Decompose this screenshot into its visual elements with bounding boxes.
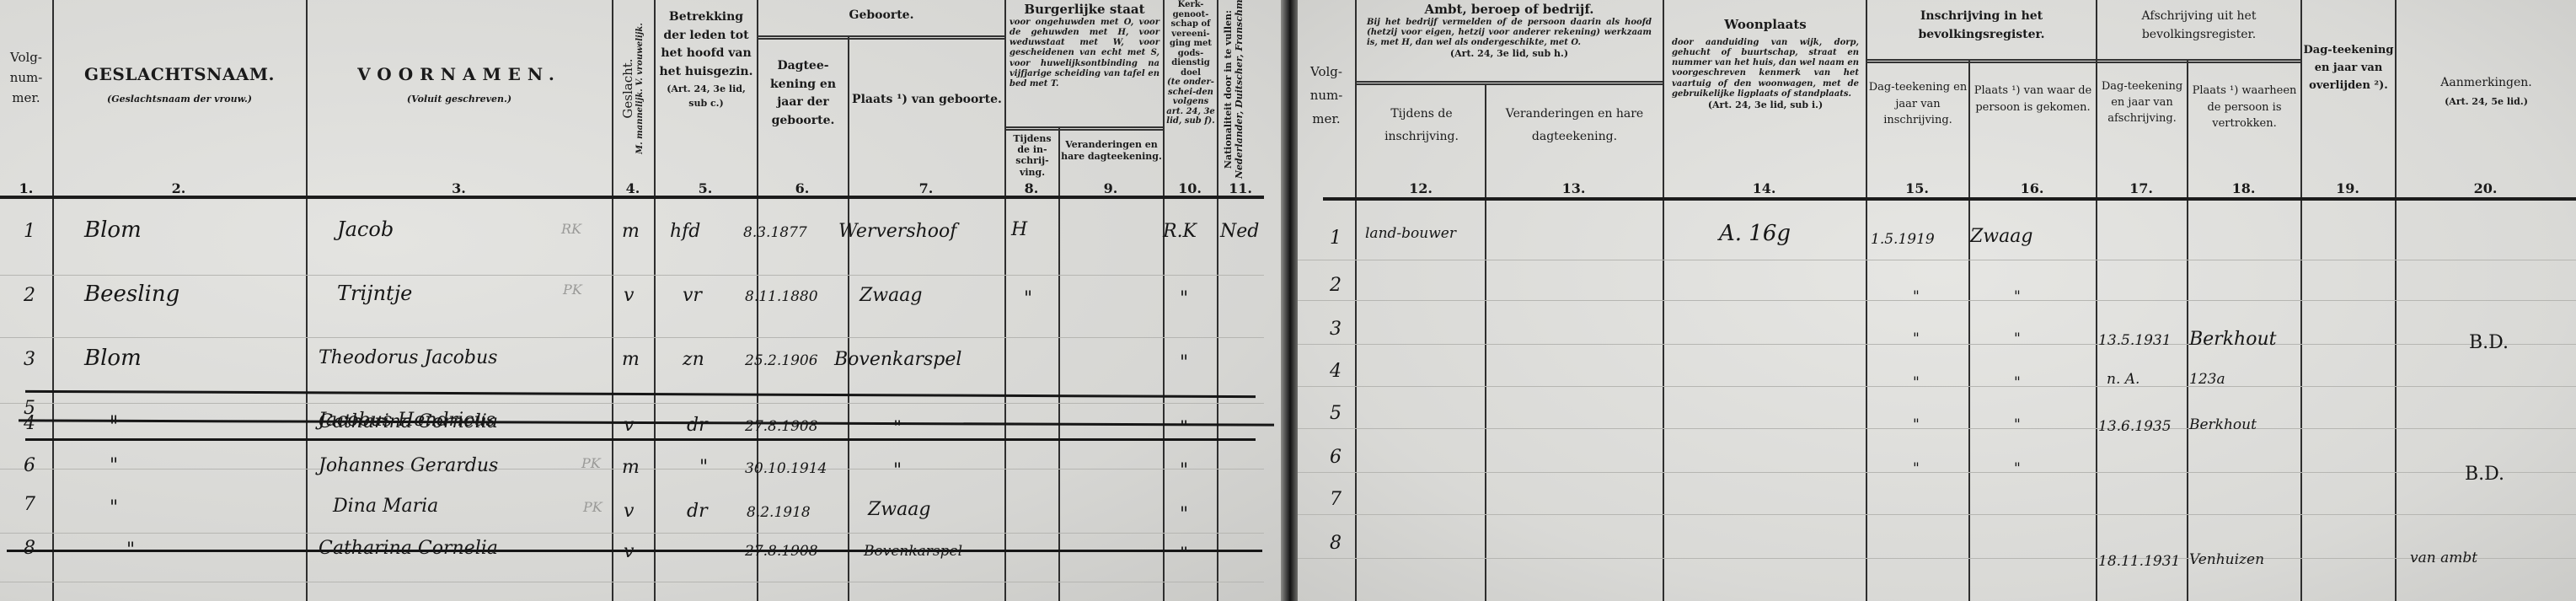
column-number: 20. (2395, 180, 2576, 196)
ditto-mark: " (1913, 330, 1920, 347)
column-number: 18. (2187, 180, 2300, 196)
row-geslacht: v (624, 415, 634, 436)
header-burgerlijke-staat: Burgerlijke staat voor ongehuwden met O,… (1006, 2, 1163, 89)
header-volgnummer: Volg- num- mer. (1298, 61, 1355, 131)
column-number: 17. (2096, 180, 2187, 196)
row-voornamen: Trijntje (337, 282, 412, 305)
row-volgnummer: 3 (1330, 319, 1342, 340)
header-inschrijving-plaats: Plaats ¹) van waar de persoon is gekomen… (1970, 83, 2096, 115)
column-number: 5. (654, 180, 757, 196)
ruled-line (1298, 472, 2576, 473)
column-number: 12. (1357, 180, 1485, 196)
ditto-mark: " (1913, 288, 1920, 305)
left-page: Volg- num- mer. GESLACHTSNAAM. (Geslacht… (0, 0, 1281, 601)
column-number: 6. (757, 180, 848, 196)
header-afschrijving-plaats: Plaats ¹) waarheen de persoon is vertrok… (2188, 83, 2300, 132)
row-betrekking: dr (687, 415, 708, 436)
row-volgnummer: 8 (1330, 533, 1342, 554)
ditto-mark: " (2014, 416, 2021, 433)
row-volgnummer: 7 (24, 494, 35, 515)
row-geslachtsnaam: " (110, 497, 118, 518)
burgerlijke-staat-group-divider (1006, 126, 1163, 131)
column-divider (1485, 84, 1486, 601)
header-beroep-veranderingen: Veranderingen en hare dagteekening. (1486, 103, 1663, 148)
row-kerk: " (1180, 352, 1188, 373)
row-betrekking: " (699, 457, 708, 478)
column-number: 2. (52, 180, 305, 196)
header-afschrijving-datum: Dag-teekening en jaar van afschrijving. (2097, 79, 2187, 127)
column-number: 19. (2300, 180, 2395, 196)
book-spine (1281, 0, 1298, 601)
row-geslacht: v (624, 501, 634, 522)
row-geboorteplaats: " (893, 460, 902, 481)
ruled-line (0, 533, 1264, 534)
row-volgnummer: 3 (24, 349, 35, 370)
row-geboorteplaats: Zwaag (868, 499, 930, 520)
row-volgnummer: 8 (24, 538, 35, 559)
header-overlijden: Dag-teekening en jaar van overlijden ²). (2302, 42, 2395, 94)
row-volgnummer: 1 (24, 221, 35, 242)
strike-through-line (7, 550, 1262, 552)
row-afschrijving-datum: n. A. (2107, 371, 2140, 388)
column-divider (654, 0, 656, 601)
column-number: 11. (1217, 180, 1264, 196)
header-geboorteplaats: Plaats ¹) van geboorte. (849, 89, 1004, 110)
row-geslachtsnaam: Blom (84, 217, 142, 243)
row-geslacht: m (622, 221, 640, 242)
row-voornamen: Johannes Gerardus (319, 455, 498, 476)
column-divider (1968, 61, 1970, 601)
row-pencil-mark: RK (561, 221, 581, 237)
row-geslacht: m (622, 457, 640, 478)
row-kerk: " (1180, 504, 1188, 525)
ruled-line (1298, 386, 2576, 387)
row-volgnummer: 5 (1330, 403, 1342, 424)
row-geboortedatum: 27.8.1908 (745, 418, 818, 435)
ruled-line (1298, 558, 2576, 559)
header-geslacht: Geslacht. M. mannelijk. V. vrouwelijk. (620, 4, 645, 173)
column-divider (1004, 0, 1006, 601)
row-geslacht: m (622, 349, 640, 370)
header-geboortedatum: Dagtee-kening en jaar der geboorte. (758, 57, 848, 131)
inschrijving-group-divider (1867, 59, 2096, 63)
column-divider (2187, 61, 2188, 601)
column-number: 13. (1485, 180, 1663, 196)
column-number: 9. (1058, 180, 1163, 196)
row-betrekking: dr (687, 501, 708, 522)
column-number: 3. (306, 180, 612, 196)
row-geslachtsnaam: " (110, 455, 118, 476)
row-afschrijving-datum: 18.11.1931 (2098, 553, 2180, 570)
row-voornamen: Theodorus Jacobus (319, 347, 497, 368)
row-afschrijving-plaats: Berkhout (2189, 329, 2276, 350)
header-ambt-group: Ambt, beroep of bedrijf. Bij het bedrijf… (1358, 2, 1660, 60)
row-afschrijving-datum: 13.6.1935 (2098, 418, 2172, 435)
ruled-line (1298, 428, 2576, 429)
header-aanmerkingen: Aanmerkingen. (Art. 24, 5e lid.) (2397, 76, 2576, 107)
header-kerkgenootschap: Kerk-genoot-schap of vereeni-ging met go… (1165, 0, 1217, 126)
ruled-line (1298, 514, 2576, 515)
ruled-line (1298, 344, 2576, 345)
header-inschrijving-group: Inschrijving in het bevolkingsregister. (1867, 7, 2096, 45)
afschrijving-group-divider (2097, 59, 2300, 63)
ruled-line (0, 337, 1264, 338)
row-geslachtsnaam: Beesling (84, 282, 179, 307)
row-kerk: " (1180, 545, 1188, 566)
row-nationaliteit: Ned (1220, 221, 1259, 242)
row-volgnummer: 2 (24, 285, 35, 306)
row-volgnummer: 6 (24, 455, 35, 476)
header-betrekking: Betrekking der leden tot het hoofd van h… (657, 8, 755, 110)
ditto-mark: " (1913, 460, 1920, 477)
row-geboortedatum: 8.2.1918 (747, 504, 811, 521)
row-voornamen: Catharina Cornelia (319, 538, 498, 559)
row-betrekking: hfd (670, 221, 700, 242)
header-voornamen: VOORNAMEN. (Voluit geschreven.) (308, 64, 611, 105)
ditto-mark: " (1913, 374, 1920, 391)
header-geboorte-group: Geboorte. (758, 8, 1004, 24)
geboorte-group-divider (757, 35, 1006, 40)
ditto-mark: " (2014, 460, 2021, 477)
row-geboortedatum: 8.3.1877 (743, 224, 807, 241)
header-geslachtsnaam: GESLACHTSNAAM. (Geslachtsnaam der vrouw.… (54, 64, 305, 105)
header-afschrijving-group: Afschrijving uit het bevolkingsregister. (2097, 7, 2300, 45)
header-rule (1323, 197, 2576, 201)
row-geboorteplaats: Bovenkarspel (834, 349, 961, 370)
column-number: 10. (1163, 180, 1217, 196)
row-pencil-mark: PK (581, 455, 601, 471)
row-kerk: R.K (1163, 221, 1197, 242)
ruled-line (0, 403, 1264, 404)
row-afschrijving-datum: 13.5.1931 (2098, 332, 2172, 349)
row-aanmerkingen: van ambt (2410, 550, 2477, 566)
ambt-group-divider (1357, 81, 1663, 85)
header-tijdens-inschrijving: Tijdens de in-schrij-ving. (1008, 133, 1057, 178)
row-geboorteplaats: Wervershoof (838, 221, 956, 242)
row-inschrijving-datum: 1.5.1919 (1871, 231, 1935, 248)
row-voornamen: Dina Maria (333, 496, 438, 517)
row-kerk: " (1180, 288, 1188, 309)
row-woonplaats: A. 16g (1719, 221, 1791, 246)
row-volgnummer: 4 (1330, 361, 1342, 382)
row-volgnummer: 2 (1330, 275, 1342, 296)
column-number: 1. (0, 180, 52, 196)
header-volgnummer: Volg- num- mer. (0, 47, 52, 108)
row-beroep: land-bouwer (1365, 226, 1458, 242)
strike-through-line (25, 438, 1256, 441)
ditto-mark: " (1913, 416, 1920, 433)
row-aanmerkingen: B.D. (2469, 332, 2509, 353)
row-kerk: " (1180, 460, 1188, 481)
column-number: 4. (612, 180, 654, 196)
ruled-line (1298, 300, 2576, 301)
row-afschrijving-plaats: Berkhout (2189, 416, 2257, 433)
row-geboorteplaats: Zwaag (860, 285, 922, 306)
row-betrekking: vr (683, 285, 702, 306)
header-woonplaats: Woonplaats door aanduiding van wijk, dor… (1665, 17, 1866, 111)
column-divider (612, 0, 613, 601)
column-number: 15. (1866, 180, 1968, 196)
row-geboorteplaats: " (893, 418, 902, 439)
column-number: 16. (1968, 180, 2096, 196)
row-betrekking: zn (683, 349, 704, 370)
strike-through-line (25, 390, 1256, 398)
row-inschrijving-plaats: Zwaag (1970, 226, 2032, 247)
row-pencil-mark: PK (583, 499, 602, 515)
row-aanmerkingen: B.D. (2465, 464, 2504, 485)
row-burgerlijke-staat: " (1024, 288, 1032, 309)
header-beroep-tijdens: Tijdens de inschrijving. (1358, 103, 1485, 148)
ditto-mark: " (2014, 288, 2021, 305)
column-number: 8. (1004, 180, 1058, 196)
header-inschrijving-datum: Dag-teekening en jaar van inschrijving. (1867, 79, 1968, 129)
row-afschrijving-plaats: Venhuizen (2189, 551, 2264, 568)
row-geboortedatum: 25.2.1906 (745, 352, 818, 369)
ruled-line (0, 275, 1264, 276)
right-page: Volg- num- mer. Ambt, beroep of bedrijf.… (1298, 0, 2576, 601)
row-pencil-mark: PK (563, 282, 582, 298)
column-divider (848, 37, 849, 601)
ruled-line (0, 582, 1264, 582)
ruled-line (1298, 260, 2576, 260)
row-volgnummer: 1 (1330, 228, 1342, 249)
column-divider (1058, 128, 1060, 601)
row-kerk: " (1180, 418, 1188, 439)
ditto-mark: " (2014, 374, 2021, 391)
row-geboortedatum: 30.10.1914 (745, 460, 827, 477)
row-burgerlijke-staat: H (1011, 219, 1027, 240)
header-nationaliteit: Nationaliteit door in te vullen: Nederla… (1224, 0, 1245, 179)
row-geslacht: v (624, 285, 634, 306)
row-volgnummer: 7 (1330, 489, 1342, 510)
row-afschrijving-plaats: 123a (2189, 371, 2225, 388)
row-voornamen: Jacob (337, 217, 394, 241)
column-number: 7. (848, 180, 1004, 196)
ditto-mark: " (2014, 330, 2021, 347)
row-geboortedatum: 8.11.1880 (745, 288, 818, 305)
header-veranderingen: Veranderingen en hare dagteekening. (1060, 139, 1163, 164)
row-volgnummer: 5 (24, 398, 35, 419)
column-number: 14. (1663, 180, 1866, 196)
row-volgnummer: 6 (1330, 447, 1342, 468)
column-divider (1217, 0, 1218, 601)
row-geslachtsnaam: Blom (84, 346, 142, 371)
